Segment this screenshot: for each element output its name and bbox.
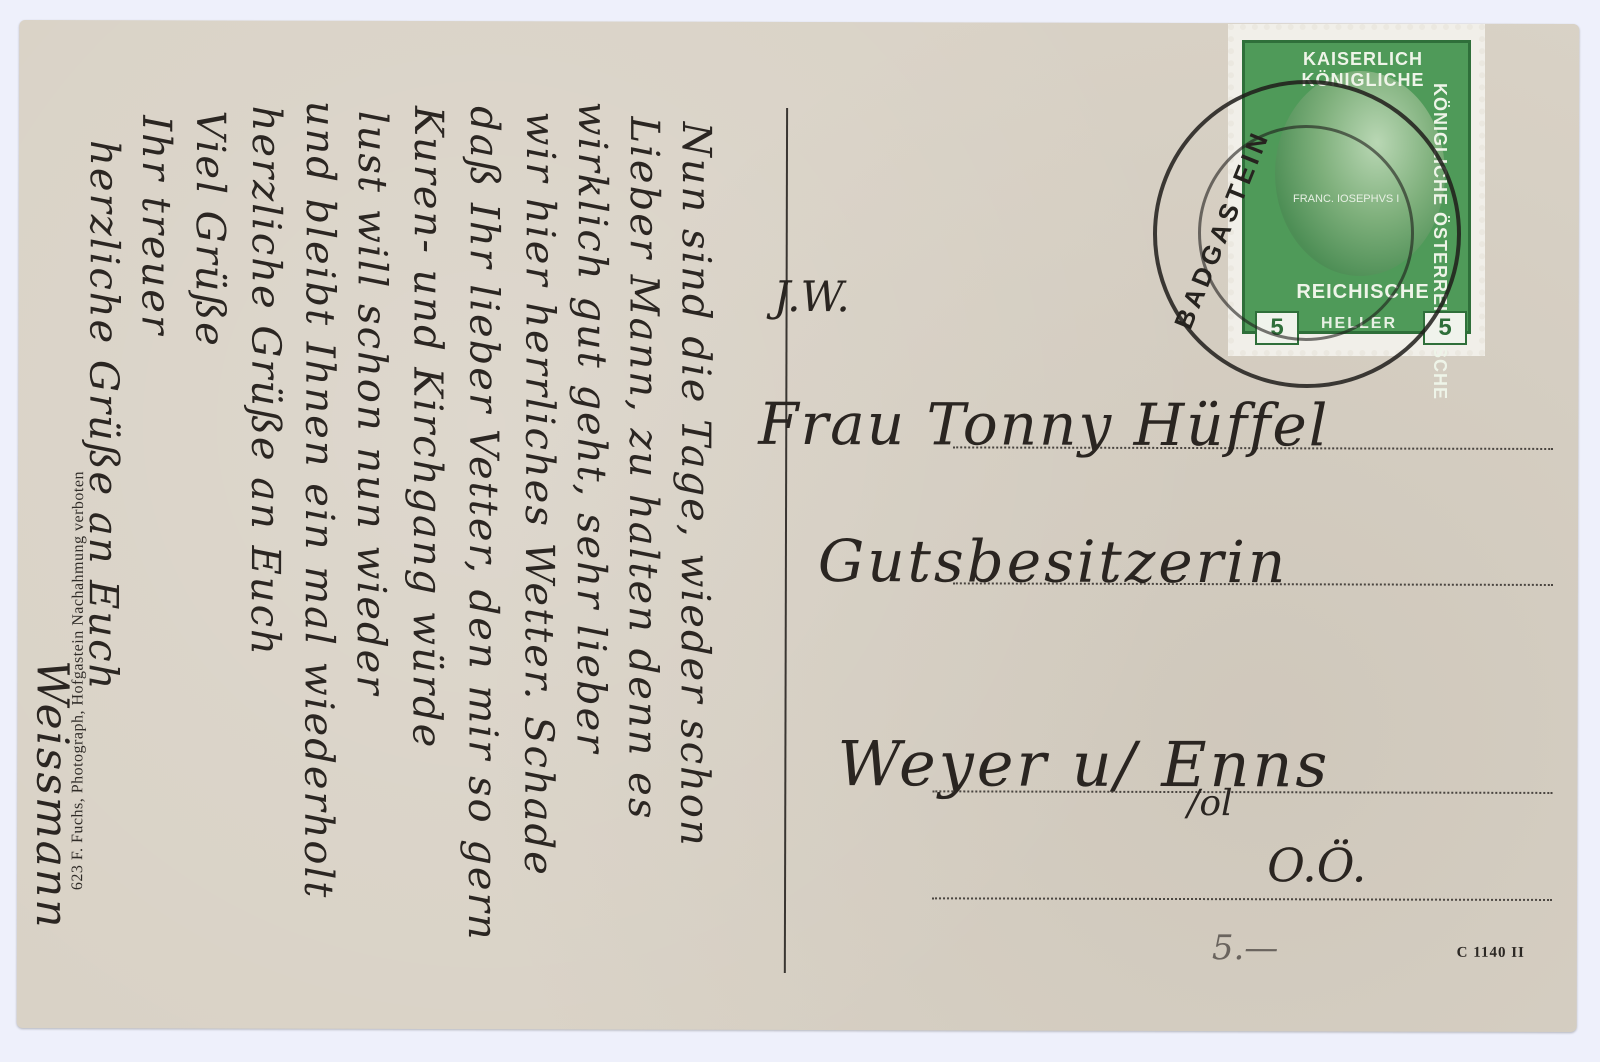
handwritten-message: Nun sind die Tage, wieder schon Lieber M… <box>17 20 780 1030</box>
recipient-title: Gutsbesitzerin <box>818 527 1289 596</box>
message-line: daß Ihr lieber Vetter, den mir so gern <box>459 106 507 941</box>
salutation: J.W. <box>774 272 850 321</box>
message-line: Lieber Mann, zu halten denn es <box>619 117 667 821</box>
recipient-region: O.Ö. <box>1267 838 1366 892</box>
catalog-number: C 1140 II <box>1457 945 1525 962</box>
address-line-rule <box>932 897 1552 901</box>
message-line: wir hier herrliches Wetter. Schade <box>515 111 563 877</box>
publisher-imprint: 623 F. Fuchs, Photograph, Hofgastein Nac… <box>69 471 88 890</box>
town-fraction-note: /ol <box>1187 783 1232 824</box>
message-line: und bleibt Ihnen ein mal wiederholt <box>295 101 343 900</box>
message-line: Ihr treuer <box>132 115 179 336</box>
message-line: herzliche Grüße an Euch <box>242 106 289 657</box>
message-line: Viel Grüße <box>186 110 233 348</box>
recipient-town: Weyer u/ Enns <box>837 727 1330 801</box>
vertical-divider <box>784 108 788 973</box>
message-line: wirklich gut geht, sehr lieber <box>567 101 615 754</box>
message-line: lust will schon nun wieder <box>348 111 396 697</box>
message-line: Kuren- und Kirchgang würde <box>403 106 451 749</box>
message-line: Nun sind die Tage, wieder schon <box>671 122 719 848</box>
pencil-price: 5.— <box>1212 928 1279 968</box>
recipient-name: Frau Tonny Hüffel <box>758 390 1329 459</box>
